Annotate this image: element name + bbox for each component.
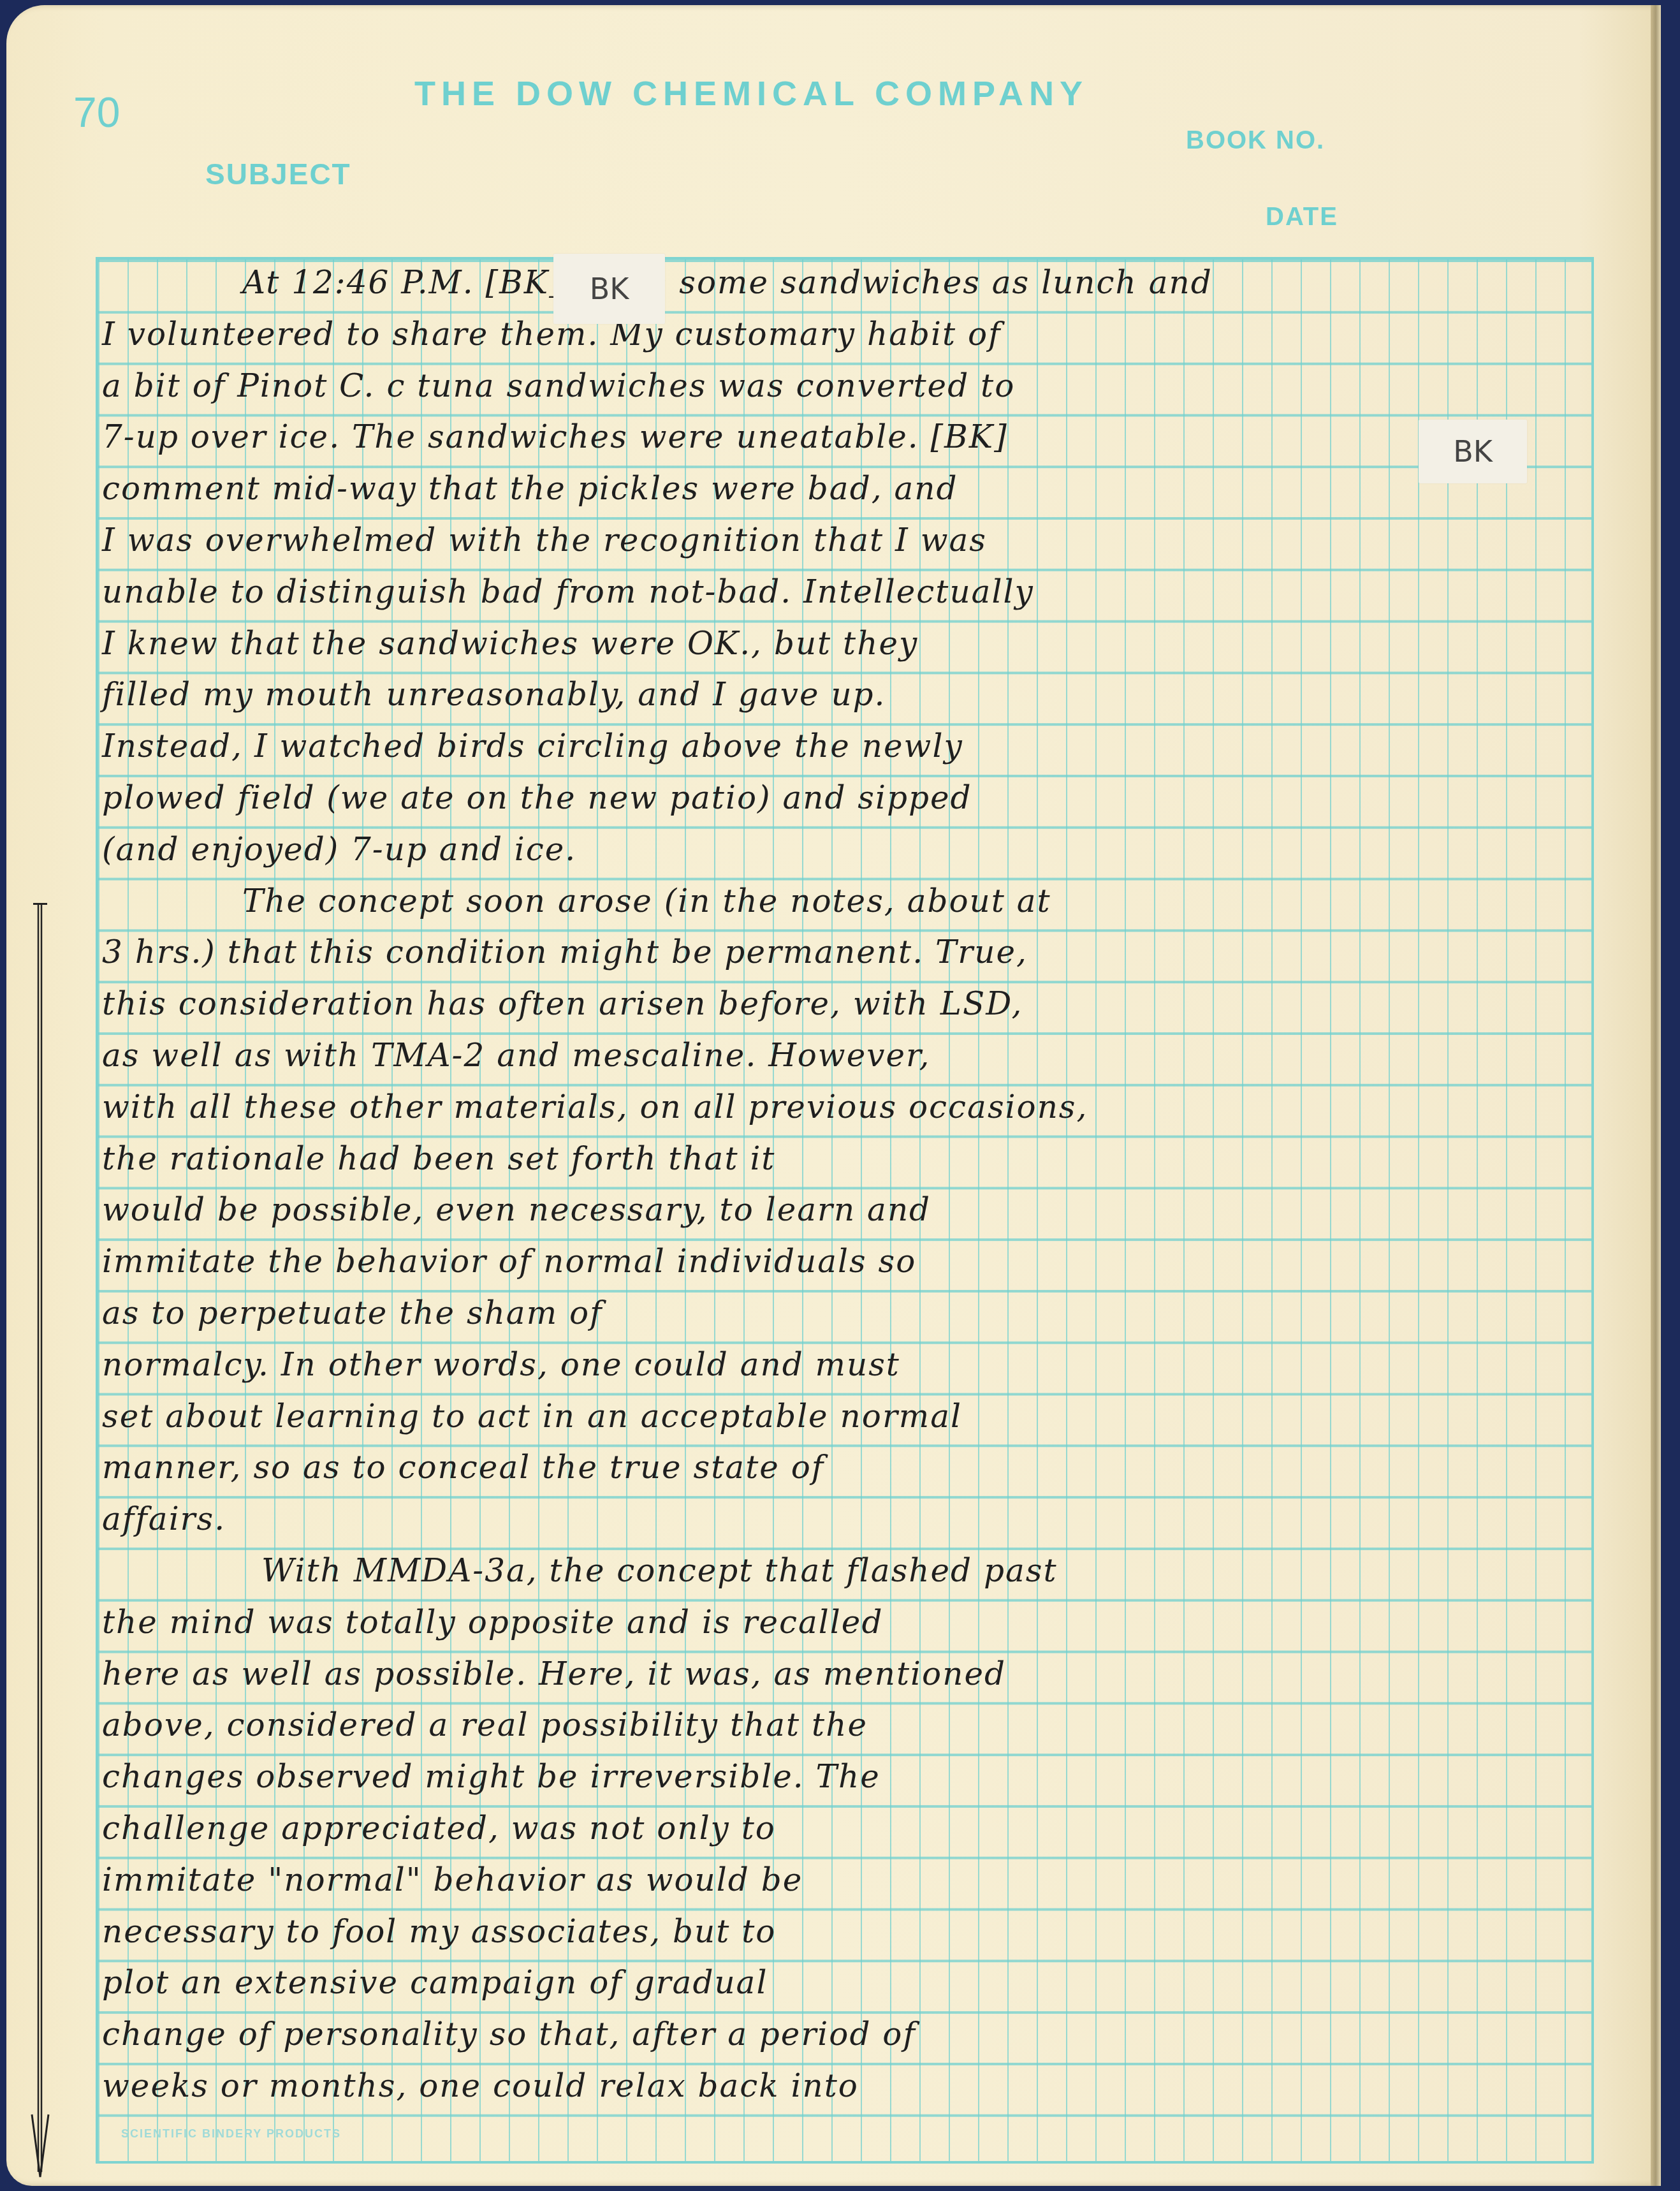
note-line: 7-up over ice. The sandwiches were uneat… <box>102 411 1607 463</box>
note-line: I volunteered to share them. My customar… <box>102 309 1607 360</box>
book-no-label: BOOK NO. <box>1186 126 1325 155</box>
redaction-sticker: BK <box>1419 420 1527 483</box>
note-line: a bit of Pinot C. c tuna sandwiches was … <box>102 360 1607 412</box>
note-line: 3 hrs.) that this condition might be per… <box>102 927 1607 978</box>
redaction-sticker: BK <box>553 254 665 324</box>
note-line: necessary to fool my associates, but to <box>102 1906 1607 1958</box>
date-label: DATE <box>1266 203 1338 231</box>
note-line: Instead, I watched birds circling above … <box>102 721 1607 772</box>
note-line: changes observed might be irreversible. … <box>102 1751 1607 1803</box>
note-line: normalcy. In other words, one could and … <box>102 1339 1607 1391</box>
note-line: With MMDA-3a, the concept that flashed p… <box>102 1545 1607 1597</box>
note-line: (and enjoyed) 7-up and ice. <box>102 824 1607 876</box>
margin-arrow-icon <box>31 903 50 2178</box>
subject-label: SUBJECT <box>205 157 351 191</box>
note-line: weeks or months, one could relax back in… <box>102 2060 1607 2112</box>
note-line: comment mid-way that the pickles were ba… <box>102 463 1607 515</box>
note-line: set about learning to act in an acceptab… <box>102 1391 1607 1442</box>
note-line: this consideration has often arisen befo… <box>102 978 1607 1030</box>
note-line: the mind was totally opposite and is rec… <box>102 1597 1607 1648</box>
page-number: 70 <box>73 88 120 136</box>
note-line: plot an extensive campaign of gradual <box>102 1957 1607 2009</box>
note-line: as well as with TMA-2 and mescaline. How… <box>102 1030 1607 1081</box>
note-line: affairs. <box>102 1493 1607 1545</box>
note-line: change of personality so that, after a p… <box>102 2009 1607 2060</box>
note-line: above, considered a real possibility tha… <box>102 1699 1607 1751</box>
notebook-page: 70 THE DOW CHEMICAL COMPANY BOOK NO. SUB… <box>6 5 1661 2186</box>
note-line: unable to distinguish bad from not-bad. … <box>102 566 1607 618</box>
note-line: manner, so as to conceal the true state … <box>102 1442 1607 1493</box>
note-line: The concept soon arose (in the notes, ab… <box>102 876 1607 927</box>
handwritten-notes: At 12:46 P.M. [BK] made some sandwiches … <box>102 257 1607 2112</box>
note-line: challenge appreciated, was not only to <box>102 1803 1607 1854</box>
note-line: immitate the behavior of normal individu… <box>102 1236 1607 1287</box>
note-line: with all these other materials, on all p… <box>102 1081 1607 1133</box>
note-line: immitate "normal" behavior as would be <box>102 1854 1607 1906</box>
printer-mark: SCIENTIFIC BINDERY PRODUCTS <box>121 2127 341 2141</box>
company-header: THE DOW CHEMICAL COMPANY <box>414 74 1088 114</box>
note-line: as to perpetuate the sham of <box>102 1287 1607 1339</box>
note-line: the rationale had been set forth that it <box>102 1133 1607 1185</box>
note-line: here as well as possible. Here, it was, … <box>102 1648 1607 1700</box>
note-line: At 12:46 P.M. [BK] made some sandwiches … <box>102 257 1607 309</box>
note-line: I was overwhelmed with the recognition t… <box>102 515 1607 566</box>
page-edge <box>1651 5 1661 2186</box>
note-line: would be possible, even necessary, to le… <box>102 1184 1607 1236</box>
note-line: I knew that the sandwiches were OK., but… <box>102 618 1607 670</box>
note-line: plowed field (we ate on the new patio) a… <box>102 772 1607 824</box>
note-line: filled my mouth unreasonably, and I gave… <box>102 669 1607 721</box>
